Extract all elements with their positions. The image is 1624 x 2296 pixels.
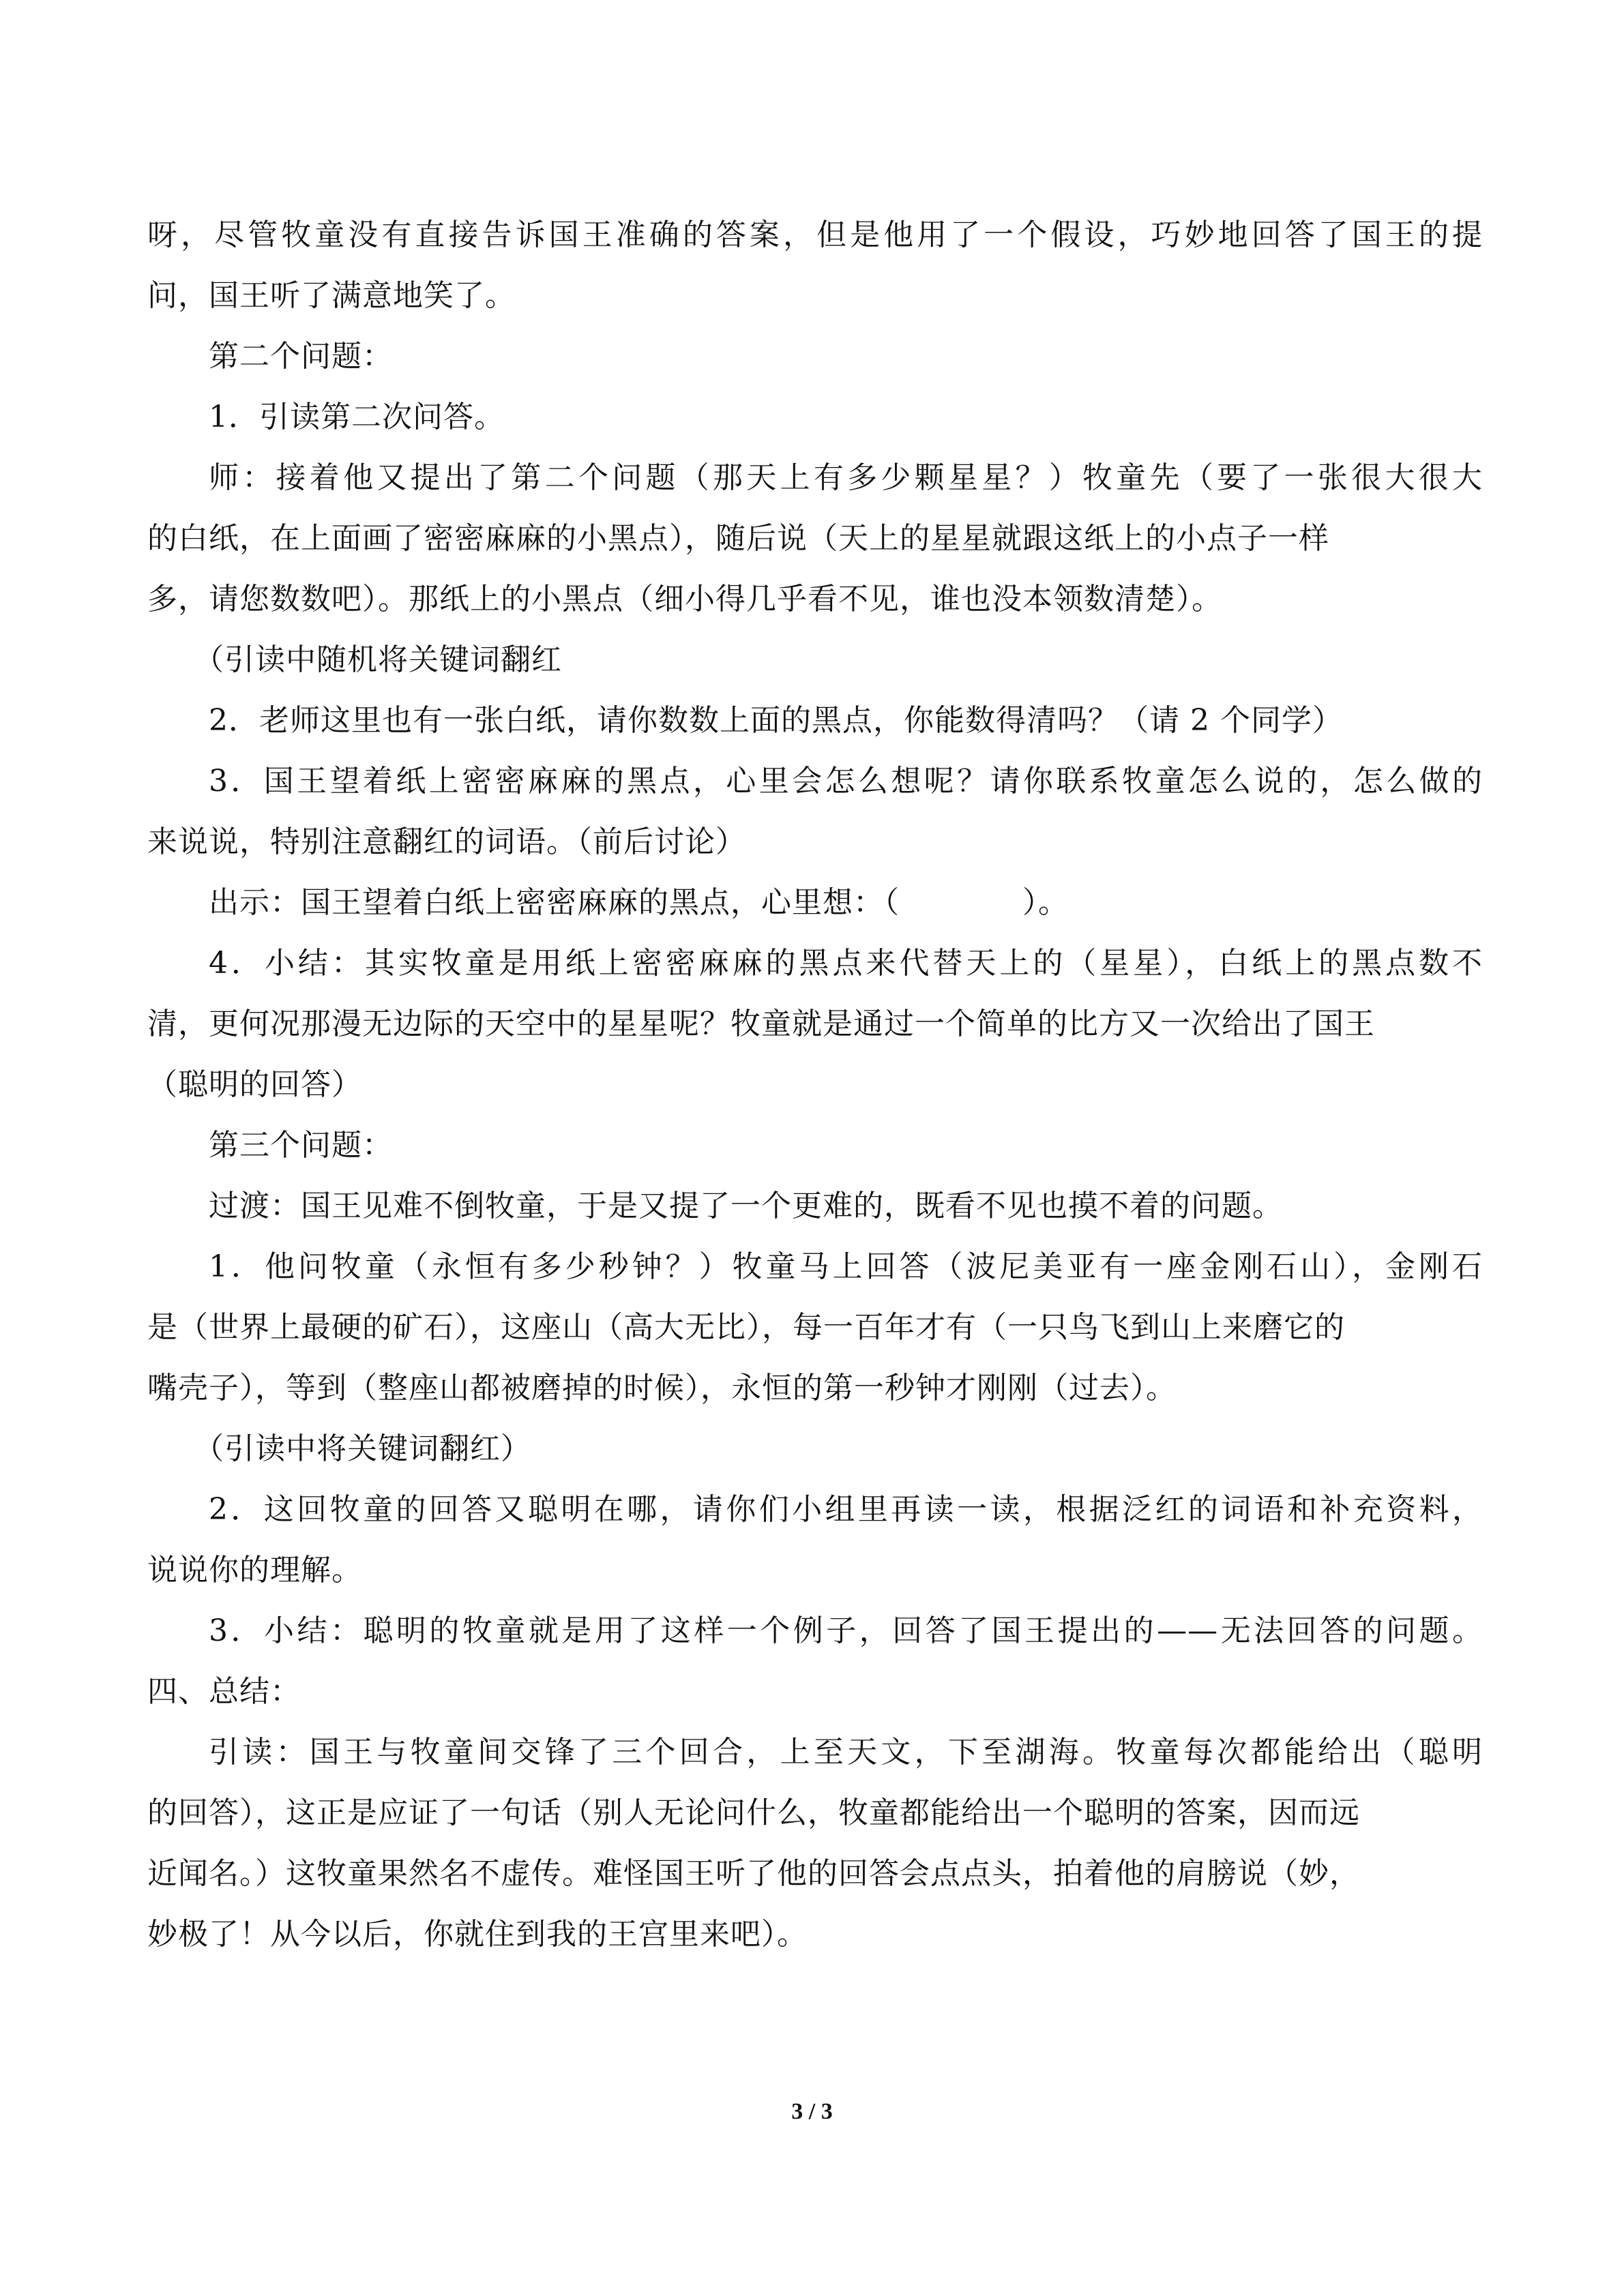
text-line: 过渡：国王见难不倒牧童，于是又提了一个更难的，既看不见也摸不着的问题。 [147, 1176, 1483, 1236]
list-item: 3．小结：聪明的牧童就是用了这样一个例子，回答了国王提出的——无法回答的问题。 [147, 1600, 1483, 1661]
text-line: 引读：国王与牧童间交锋了三个回合，上至天文，下至湖海。牧童每次都能给出（聪明 [147, 1722, 1483, 1783]
page-number: 3 / 3 [0, 2099, 1624, 2125]
note-line: （引读中随机将关键词翻红 [147, 629, 1483, 690]
text-line: 问，国王听了满意地笑了。 [147, 265, 1483, 326]
list-item: 3．国王望着纸上密密麻麻的黑点，心里会怎么想呢？请你联系牧童怎么说的，怎么做的 [147, 751, 1483, 811]
text-line: 来说说，特别注意翻红的词语。（前后讨论） [147, 811, 1483, 872]
list-item: 4．小结：其实牧童是用纸上密密麻麻的黑点来代替天上的（星星），白纸上的黑点数不 [147, 933, 1483, 994]
text-line: 近闻名。）这牧童果然名不虚传。难怪国王听了他的回答会点点头，拍着他的肩膀说（妙， [147, 1843, 1483, 1904]
section-heading: 第二个问题： [147, 326, 1483, 387]
text-line: 出示：国王望着白纸上密密麻麻的黑点，心里想：（ ）。 [147, 872, 1483, 933]
section-heading: 四、总结： [147, 1661, 1483, 1722]
text-line: （聪明的回答） [147, 1054, 1483, 1115]
list-item: 2．老师这里也有一张白纸，请你数数上面的黑点，你能数得清吗？（请 2 个同学） [147, 690, 1483, 751]
text-line: 妙极了！从今以后，你就住到我的王宫里来吧）。 [147, 1904, 1483, 1965]
list-item: 1．引读第二次问答。 [147, 387, 1483, 447]
text-line: 师：接着他又提出了第二个问题（那天上有多少颗星星？）牧童先（要了一张很大很大 [147, 447, 1483, 508]
section-heading: 第三个问题： [147, 1115, 1483, 1176]
list-item: 2．这回牧童的回答又聪明在哪，请你们小组里再读一读，根据泛红的词语和补充资料， [147, 1479, 1483, 1540]
text-line: 嘴壳子），等到（整座山都被磨掉的时候），永恒的第一秒钟才刚刚（过去）。 [147, 1358, 1483, 1418]
text-line: 清，更何况那漫无边际的天空中的星星呢？牧童就是通过一个简单的比方又一次给出了国王 [147, 994, 1483, 1054]
note-line: （引读中将关键词翻红） [147, 1418, 1483, 1479]
list-item: 1．他问牧童（永恒有多少秒钟？）牧童马上回答（波尼美亚有一座金刚石山），金刚石 [147, 1236, 1483, 1297]
text-line: 的回答），这正是应证了一句话（别人无论问什么，牧童都能给出一个聪明的答案，因而远 [147, 1783, 1483, 1843]
text-line: 呀，尽管牧童没有直接告诉国王准确的答案，但是他用了一个假设，巧妙地回答了国王的提 [147, 205, 1483, 265]
document-body: 呀，尽管牧童没有直接告诉国王准确的答案，但是他用了一个假设，巧妙地回答了国王的提… [147, 205, 1483, 1965]
text-line: 多，请您数数吧）。那纸上的小黑点（细小得几乎看不见，谁也没本领数清楚）。 [147, 569, 1483, 629]
text-line: 的白纸，在上面画了密密麻麻的小黑点），随后说（天上的星星就跟这纸上的小点子一样 [147, 508, 1483, 569]
text-line: 是（世界上最硬的矿石），这座山（高大无比），每一百年才有（一只鸟飞到山上来磨它的 [147, 1297, 1483, 1358]
text-line: 说说你的理解。 [147, 1540, 1483, 1600]
